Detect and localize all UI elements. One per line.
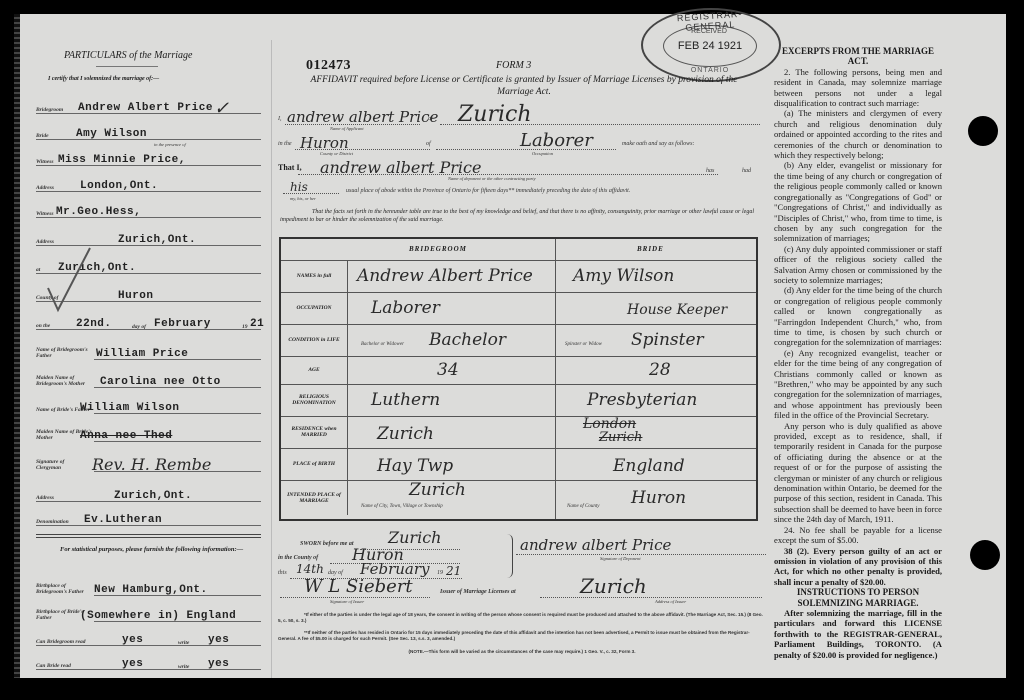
applicant-occupation: Laborer (520, 130, 593, 151)
field-marriage-date: on the 22nd. day of February 19 21 (36, 318, 261, 330)
excerpt-paragraph: (d) Any elder for the time being of the … (774, 285, 942, 347)
large-check-mark-icon (44, 246, 94, 316)
field-bride-father-birthplace: Birthplace of Bride's Father (Somewhere … (36, 610, 261, 622)
particulars-table: BRIDEGROOM BRIDE NAMES in full Andrew Al… (279, 237, 758, 521)
section-divider (36, 537, 261, 538)
facts-statement: That the facts set forth in the hereunde… (280, 208, 754, 224)
punch-hole (968, 116, 998, 146)
punch-hole (970, 540, 1000, 570)
field-denomination: Denomination Ev.Lutheran (36, 514, 261, 526)
section-divider (36, 534, 261, 535)
field-address-1: Address London,Ont. (36, 180, 261, 192)
table-row: PLACE of BIRTH Hay Twp England (281, 448, 756, 481)
field-bride-mother: Maiden Name of Bride's Mother Anna nee T… (36, 430, 261, 442)
table-row: AGE 34 28 (281, 356, 756, 385)
field-witness-1: Witness Miss Minnie Price, (36, 154, 261, 166)
field-bride-father: Name of Bride's Father William Wilson (36, 402, 261, 414)
field-witness-2: Witness Mr.Geo.Hess, (36, 206, 261, 218)
certify-text: I certify that I solemnized the marriage… (48, 76, 159, 82)
applicant-name: andrew albert Price (287, 108, 438, 126)
instructions-text: After solemnizing the marriage, fill in … (774, 608, 942, 660)
particulars-title: PARTICULARS of the Marriage (64, 50, 192, 61)
applicant-place: Zurich (458, 102, 532, 127)
field-groom-father: Name of Bridegroom's Father William Pric… (36, 348, 261, 360)
statistical-note: For statistical purposes, please furnish… (36, 545, 262, 554)
field-clergyman-address: Address Zurich,Ont. (36, 490, 261, 502)
excerpt-paragraph: 38 (2). Every person guilty of an act or… (774, 546, 942, 588)
excerpt-paragraph: (a) The ministers and clergymen of every… (774, 108, 942, 160)
issuer-address: Zurich (580, 574, 647, 598)
excerpt-paragraph: (b) Any elder, evangelist or missionary … (774, 160, 942, 243)
brace (506, 534, 513, 578)
check-mark-icon: ✓ (214, 98, 229, 119)
stamp-bottom-text: ONTARIO (680, 67, 740, 74)
table-row: OCCUPATION Laborer House Keeper (281, 292, 756, 325)
deponent-pronoun: his (290, 180, 308, 194)
field-address-2: Address Zurich,Ont. (36, 234, 261, 246)
excerpt-paragraph: 24. No fee shall be payable for a licens… (774, 525, 942, 546)
stamp-received: RECEIVED (672, 28, 746, 35)
table-row: NAMES in full Andrew Albert Price Amy Wi… (281, 260, 756, 293)
excerpt-paragraph: (c) Any duly appointed commissioner or s… (774, 244, 942, 286)
footnote-1: *If either of the parties is under the l… (278, 612, 766, 624)
field-groom-father-birthplace: Birthplace of Bridegroom's Father New Ha… (36, 584, 261, 596)
table-row: INTENDED PLACE of MARRIAGE Name of City,… (281, 480, 756, 515)
excerpts-title: EXCERPTS FROM THE MARRIAGE ACT. (774, 46, 942, 67)
table-row: RELIGIOUS DENOMINATION Luthern Presbyter… (281, 384, 756, 417)
header-bridegroom: BRIDEGROOM (409, 245, 467, 253)
sworn-year: 21 (446, 564, 461, 578)
excerpt-paragraph: 2. The following persons, being men and … (774, 67, 942, 109)
table-row: CONDITION in LIFE Bachelor or Widower Ba… (281, 324, 756, 357)
field-bride-literacy: Can Bride read yes write yes (36, 658, 261, 670)
marriage-act-excerpts: EXCERPTS FROM THE MARRIAGE ACT. 2. The f… (774, 46, 942, 660)
page-edge (14, 14, 20, 678)
footnote-2: **If neither of the parties has resided … (278, 630, 766, 642)
title-rule (96, 66, 158, 67)
deponent-signature: andrew albert Price (520, 536, 671, 554)
deponent-name: andrew albert Price (320, 158, 481, 177)
issuer-signature: W L Siebert (304, 576, 413, 597)
footnote-note: (NOTE.—This form will be varied as the c… (278, 649, 766, 654)
applicant-county: Huron (300, 134, 349, 152)
sworn-day: 14th (296, 562, 324, 576)
excerpt-paragraph: (e) Any recognized evangelist, teacher o… (774, 348, 942, 421)
stamp-date: FEB 24 1921 (670, 40, 750, 52)
header-bride: BRIDE (637, 245, 664, 253)
field-groom-mother: Maiden Name of Bridegroom's Mother Carol… (36, 376, 261, 388)
field-clergyman-signature: Signature of Clergyman Rev. H. Rembe (36, 460, 261, 472)
affidavit-heading: AFFIDAVIT required before License or Cer… (296, 74, 752, 98)
column-divider (271, 40, 272, 678)
form-title: FORM 3 (496, 60, 531, 71)
field-bride: Bride Amy Wilson in the presence of (36, 128, 261, 140)
table-row: RESIDENCE when MARRIED Zurich London Zur… (281, 416, 756, 449)
excerpt-paragraph: Any person who is duly qualified as abov… (774, 421, 942, 525)
table-header: BRIDEGROOM BRIDE (281, 239, 756, 261)
form-number: 012473 (306, 58, 351, 74)
field-groom-literacy: Can Bridegroom read yes write yes (36, 634, 261, 646)
instructions-title: INSTRUCTIONS TO PERSON SOLEMNIZING MARRI… (774, 587, 942, 608)
